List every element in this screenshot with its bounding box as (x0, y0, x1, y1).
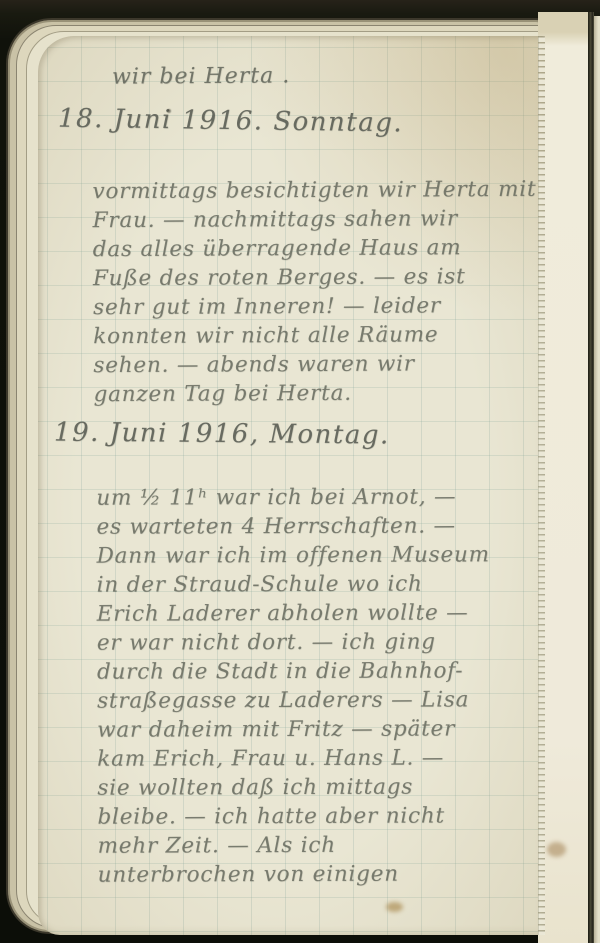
perforated-edge (538, 36, 545, 935)
diary-line: konnten wir nicht alle Räume (93, 320, 537, 351)
diary-line: Frau. — nachmittags sahen wir (93, 204, 537, 235)
diary-line: sie wollten daß ich mittags (97, 772, 490, 802)
entry-body-18-juni: vormittags besichtigten wir Herta mit Fr… (92, 175, 537, 409)
far-page-sliver (594, 16, 600, 943)
diary-line: sehr gut im Inneren! — leider (93, 291, 537, 322)
next-page-edge (538, 12, 588, 943)
paper-stain (547, 842, 566, 857)
diary-line: bleibe. — ich hatte aber nicht (97, 801, 490, 831)
diary-line: durch die Stadt in die Bahnhof- (97, 656, 490, 686)
entry-body-19-juni: um ½ 11ʰ war ich bei Arnot, — es wartete… (96, 482, 491, 889)
diary-line: straßegasse zu Laderers — Lisa (97, 685, 490, 715)
diary-line: Erich Laderer abholen wollte — (97, 598, 490, 628)
diary-line: Fuße des roten Berges. — es ist (93, 262, 537, 293)
paper-speck (167, 109, 171, 113)
diary-line: unterbrochen von einigen (98, 859, 491, 889)
diary-line: Dann war ich im offenen Museum (96, 540, 489, 570)
entry-heading-19-juni: 19. Juni 1916, Montag. (54, 418, 390, 451)
carryover-line: wir bei Herta . (112, 63, 290, 89)
diary-line: sehen. — abends waren wir (93, 349, 537, 380)
entry-heading-18-juni: 18. Juni 1916. Sonntag. (58, 104, 404, 139)
diary-line: um ½ 11ʰ war ich bei Arnot, — (96, 482, 489, 512)
diary-line: er war nicht dort. — ich ging (97, 627, 490, 657)
scanned-diary-photo: wir bei Herta . 18. Juni 1916. Sonntag. … (0, 0, 600, 943)
diary-line: kam Erich, Frau u. Hans L. — (97, 743, 490, 773)
diary-line: ganzen Tag bei Herta. (93, 378, 537, 409)
diary-line: das alles überragende Haus am (93, 233, 537, 264)
diary-line: in der Straud-Schule wo ich (97, 569, 490, 599)
paper-stain (386, 902, 403, 912)
diary-line: vormittags besichtigten wir Herta mit (92, 175, 536, 206)
diary-line: war daheim mit Fritz — später (97, 714, 490, 744)
diary-line: es warteten 4 Herrschaften. — (96, 511, 489, 541)
diary-line: mehr Zeit. — Als ich (98, 830, 491, 860)
